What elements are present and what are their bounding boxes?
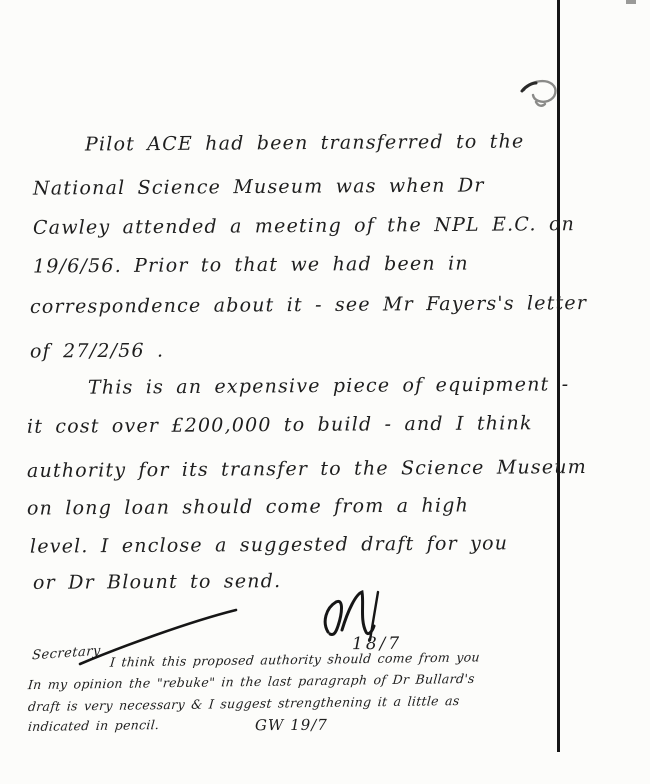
secretary-note-line: indicated in pencil. [27, 717, 160, 734]
secretary-initials-date: GW 19/7 [255, 716, 328, 735]
handwritten-line: National Science Museum was when Dr [33, 174, 485, 199]
handwritten-line: Cawley attended a meeting of the NPL E.C… [33, 213, 575, 239]
handwritten-line: authority for its transfer to the Scienc… [27, 456, 587, 482]
scan-speck-mark [626, 0, 636, 4]
handwritten-line: on long loan should come from a high [27, 494, 469, 519]
handwritten-line: 19/6/56. Prior to that we had been in [33, 252, 469, 277]
secretary-note-line: draft is very necessary & I suggest stre… [27, 693, 460, 714]
scanned-page: Pilot ACE had been transferred to the Na… [0, 0, 650, 784]
handwritten-line: correspondence about it - see Mr Fayers'… [30, 292, 587, 318]
loop-doodle-mark [518, 76, 566, 112]
handwritten-line: level. I enclose a suggested draft for y… [30, 532, 508, 557]
handwritten-line: This is an expensive piece of equipment … [88, 373, 569, 398]
handwritten-line: or Dr Blount to send. [33, 570, 281, 594]
handwritten-line: Pilot ACE had been transferred to the [85, 130, 525, 155]
handwritten-line: of 27/2/56 . [30, 340, 164, 363]
handwritten-line: it cost over £200,000 to build - and I t… [27, 412, 533, 438]
secretary-note-line: In my opinion the "rebuke" in the last p… [27, 671, 475, 692]
